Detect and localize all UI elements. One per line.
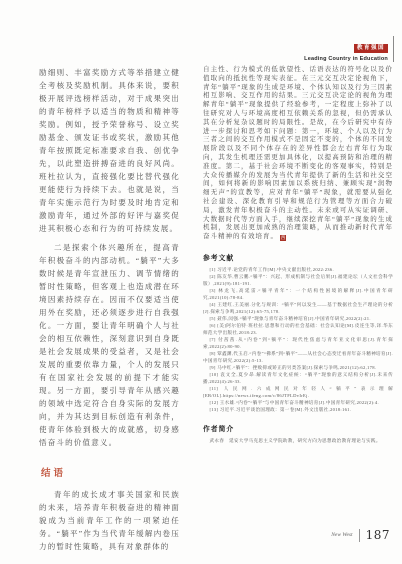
conclusion-paragraph: 青年的成长成才事关国家和民族的未来，培养青年积极奋进的精神面貌成为当前青年工作的…: [39, 488, 180, 553]
article-body: 励细则、丰富奖励方式等举措建立健全考核及奖励机制。具体来说，要积极开展评选榜样活…: [39, 66, 393, 553]
reference-item: [6] [美]阿尔伯特·班杜拉.思想和行动的社会基础：社会认知论[M].皮连生等…: [203, 322, 393, 336]
reference-item: [13] 习近平.习近平谈治国理政：第一卷[M].外文出版社,2018:161.: [203, 406, 393, 413]
author-heading: 作者简介: [203, 423, 393, 433]
section-badge-english: Leading Country in Education: [304, 56, 388, 62]
page-number: 187: [366, 528, 390, 542]
paragraph-text: 自主性、行为模式的低欲望性、话语表达的符号化以及价值取向的抵抗性等现实表征。在三…: [203, 66, 393, 240]
author-bio: 武永春 延安大学马克思主义学院助教，研究方向为思想政治教育理论与实践。: [203, 437, 393, 444]
references-list: [1] 习近平.论党的青年工作[M].中央文献出版社,2022:236. [2]…: [203, 266, 393, 413]
references-heading: 参考文献: [203, 252, 393, 262]
body-paragraph: 励细则、丰富奖励方式等举措建立健全考核及奖励机制。具体来说，要积极开展评选榜样活…: [39, 66, 180, 235]
reference-item: [1] 习近平.论党的青年工作[M].中央文献出版社,2022:236.: [203, 266, 393, 273]
reference-item: [3] 林龙飞,高延雷.“躺平青年”：一个结构性困境的解释[J].中国青年研究,…: [203, 287, 393, 301]
page-header: 教育强国 Leading Country in Education: [304, 36, 394, 62]
page-footer: New West 187: [331, 528, 390, 542]
section-badge: 教育强国: [354, 44, 388, 53]
header-texts: 教育强国 Leading Country in Education: [304, 36, 388, 62]
conclusion-heading: 结语: [41, 465, 180, 479]
reference-item: [8] 覃鑫渊,代玉启.“内卷”“佛系”到“躺平”——从社会心态变迁看青年奋斗精…: [203, 350, 393, 364]
journal-page: 教育强国 Leading Country in Education 励细则、丰富…: [0, 0, 402, 564]
body-paragraph: 自主性、行为模式的低欲望性、话语表达的符号化以及价值取向的抵抗性等现实表征。在三…: [203, 66, 393, 242]
right-column: 自主性、行为模式的低欲望性、话语表达的符号化以及价值取向的抵抗性等现实表征。在三…: [203, 66, 393, 553]
body-paragraph: 二是探索个体兴趣所在，提高青年积极奋斗的内部动机。“躺平”大多数时候是青年宣泄压…: [39, 241, 180, 449]
reference-item: [10] 袁文全,夏少昂.解读青年文化症候：“躺平”现象的意义结构分析[J].未…: [203, 371, 393, 385]
reference-item: [12] 王水雄.“内卷”“躺平”与中国青年奋斗精神培育[J].中国青年研究,2…: [203, 399, 393, 406]
journal-name: New West: [331, 532, 352, 538]
reference-item: [11] 人民网.六成网民对年轻人“躺平”表示理解[EB/OL].https:/…: [203, 385, 393, 399]
reference-item: [5] 聂伟,闵强.“躺平”现象与青年奋斗精神培育[J].中国青年研究,2022…: [203, 315, 393, 322]
left-column: 励细则、丰富奖励方式等举措建立健全考核及奖励机制。具体来说，要积极开展评选榜样活…: [39, 66, 180, 553]
reference-item: [7] 付茜茜.从“内卷”到“躺平”：现代性焦虑与青年亚文化审思[J].青年探索…: [203, 336, 393, 350]
reference-item: [4] 王建红,王美丽.分化与规训：“躺平”何以发生——基于数据社会生产理论的分…: [203, 301, 393, 315]
article-end-mark-icon: 西: [280, 235, 286, 241]
reference-item: [9] 马中红.“躺平”：挫败抑或矫正的另类答案[J].探索与争鸣,2021(1…: [203, 364, 393, 371]
reference-item: [2] 陈友华,曹云鹏.“躺平”：兴起、形成机制与社会后果[J].福建论坛（人文…: [203, 273, 393, 287]
header-divider: [393, 36, 394, 62]
footer-divider: [359, 529, 360, 542]
